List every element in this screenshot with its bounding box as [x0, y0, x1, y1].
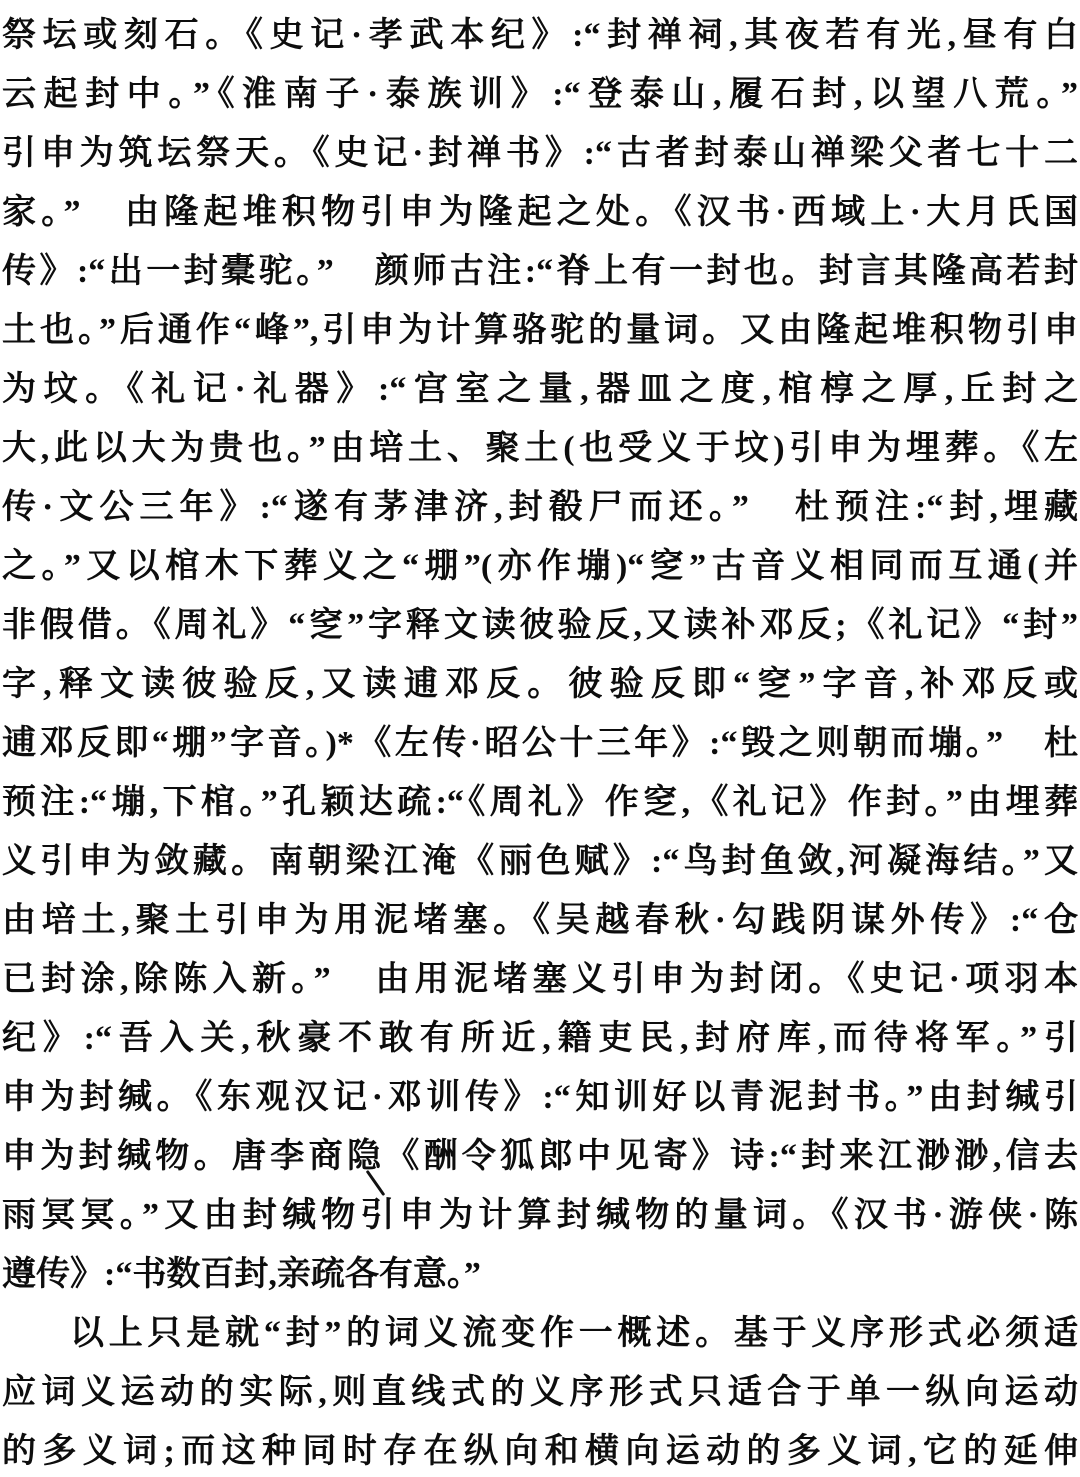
text-line: 以上只是就“封”的词义流变作一概述。基于义序形式必须适 [0, 1304, 1080, 1363]
text-line: 大,此以大为贵也。”由培土、聚土(也受义于坟)引申为埋葬。《左 [0, 419, 1080, 478]
text-line: 申为封缄。《东观汉记·邓训传》:“知训好以青泥封书。”由封缄引 [0, 1068, 1080, 1127]
text-line: 之。”又以棺木下葬义之“堋”(亦作塴)“窆”古音义相同而互通(并 [0, 537, 1080, 596]
text-line: 逋邓反即“堋”字音。)*《左传·昭公十三年》:“毁之则朝而塴。” 杜 [0, 714, 1080, 773]
text-line: 祭坛或刻石。《史记·孝武本纪》:“封禅祠,其夜若有光,昼有白 [0, 6, 1080, 65]
text-line: 传·文公三年》:“遂有茅津济,封殽尸而还。” 杜预注:“封,埋藏 [0, 478, 1080, 537]
text-line: 非假借。《周礼》“窆”字释文读彼验反,又读补邓反;《礼记》“封” [0, 596, 1080, 655]
text-line: 应词义运动的实际,则直线式的义序形式只适合于单一纵向运动 [0, 1363, 1080, 1422]
text-line: 由培土,聚土引申为用泥堵塞。《吴越春秋·勾践阴谋外传》:“仓 [0, 891, 1080, 950]
text-line: 义引申为敛藏。南朝梁江淹《丽色赋》:“鸟封鱼敛,河凝海结。”又 [0, 832, 1080, 891]
text-line: 遵传》:“书数百封,亲疏各有意。” [0, 1245, 1080, 1304]
text-line: 引申为筑坛祭天。《史记·封禅书》:“古者封泰山禅梁父者七十二 [0, 124, 1080, 183]
text-line: 字,释文读彼验反,又读逋邓反。彼验反即“窆”字音,补邓反或 [0, 655, 1080, 714]
text-line: 为坟。《礼记·礼器》:“宫室之量,器皿之度,棺椁之厚,丘封之 [0, 360, 1080, 419]
text-line: 纪》:“吾入关,秋豪不敢有所近,籍吏民,封府库,而待将军。”引 [0, 1009, 1080, 1068]
text-line: 家。” 由隆起堆积物引申为隆起之处。《汉书·西域上·大月氏国 [0, 183, 1080, 242]
document-page: 祭坛或刻石。《史记·孝武本纪》:“封禅祠,其夜若有光,昼有白 云起封中。”《淮南… [0, 0, 1080, 1477]
text-line: 申为封缄物。唐李商隐《酬令狐郎中见寄》诗:“封来江渺渺,信去 [0, 1127, 1080, 1186]
text-line: 的多义词;而这种同时存在纵向和横向运动的多义词,它的延伸 [0, 1422, 1080, 1477]
text-line: 传》:“出一封橐驼。” 颜师古注:“脊上有一封也。封言其隆高若封 [0, 242, 1080, 301]
text-line: 已封涂,除陈入新。” 由用泥堵塞义引申为封闭。《史记·项羽本 [0, 950, 1080, 1009]
paragraph-2: 以上只是就“封”的词义流变作一概述。基于义序形式必须适 应词义运动的实际,则直线… [0, 1304, 1080, 1477]
text-line: 预注:“塴,下棺。”孔颖达疏:“《周礼》作窆,《礼记》作封。”由埋葬 [0, 773, 1080, 832]
text-line: 雨冥冥。”又由封缄物引申为计算封缄物的量词。《汉书·游侠·陈 [0, 1186, 1080, 1245]
paragraph-1: 祭坛或刻石。《史记·孝武本纪》:“封禅祠,其夜若有光,昼有白 云起封中。”《淮南… [0, 6, 1080, 1304]
text-line: 土也。”后通作“峰”,引申为计算骆驼的量词。又由隆起堆积物引申 [0, 301, 1080, 360]
text-line: 云起封中。”《淮南子·泰族训》:“登泰山,履石封,以望八荒。” [0, 65, 1080, 124]
